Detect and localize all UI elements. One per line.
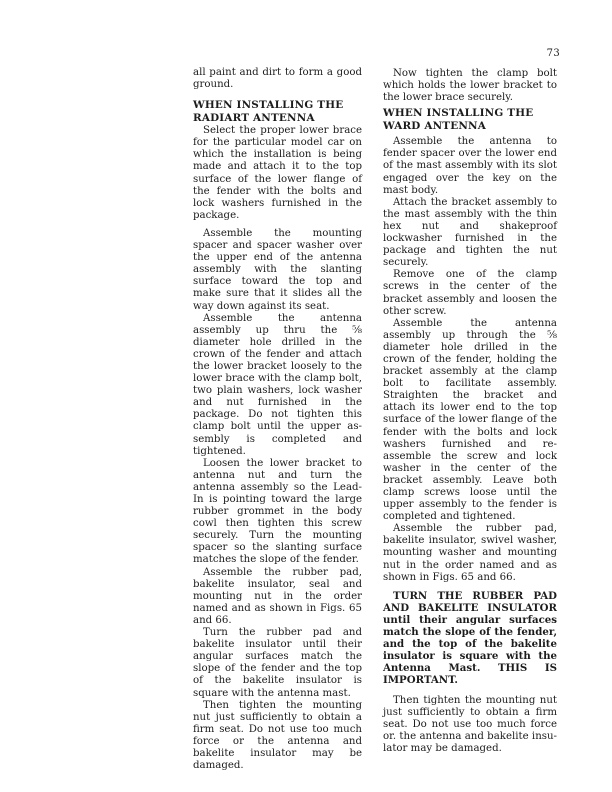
paragraph: Assemble the rubber pad, bake­lite insul… <box>193 567 362 627</box>
paragraph: Remove one of the clamp screws in the ce… <box>383 269 557 317</box>
paragraph: Then tighten the mounting nut just suffi… <box>193 700 362 773</box>
heading-line: WHEN INSTALLING THE <box>383 107 533 119</box>
paragraph: Turn the rubber pad and bake­lite insula… <box>193 627 362 700</box>
paragraph: Now tighten the clamp bolt which holds t… <box>383 68 557 104</box>
left-column: all paint and dirt to form a good ground… <box>193 67 362 772</box>
heading-line: WARD ANTENNA <box>383 120 486 132</box>
section-heading-ward: WHEN INSTALLING THE WARD ANTENNA <box>383 107 557 133</box>
paragraph: Attach the bracket assembly to the mast … <box>383 197 557 270</box>
paragraph: Assemble the antenna assembly up through… <box>383 318 557 524</box>
paragraph: Then tighten the mounting nut just suffi… <box>383 695 557 755</box>
paragraph: Loosen the lower bracket to an­tenna nut… <box>193 458 362 567</box>
right-column: Now tighten the clamp bolt which holds t… <box>383 68 557 755</box>
paragraph-important: TURN THE RUBBER PAD AND BAKELITE INSULAT… <box>383 590 557 687</box>
paragraph: Assemble the rubber pad, bake­lite insul… <box>383 523 557 583</box>
paragraph-continued: all paint and dirt to form a good ground… <box>193 67 362 91</box>
section-heading-radiart: WHEN INSTALLING THE RADIART ANTENNA <box>193 99 362 125</box>
paragraph: Select the proper lower brace for the pa… <box>193 125 362 222</box>
paragraph: Assemble the antenna to fender spacer ov… <box>383 136 557 196</box>
paragraph: Assemble the mounting spacer and spacer … <box>193 228 362 313</box>
paragraph: Assemble the antenna assembly up thru th… <box>193 313 362 458</box>
page-number: 73 <box>540 48 560 59</box>
